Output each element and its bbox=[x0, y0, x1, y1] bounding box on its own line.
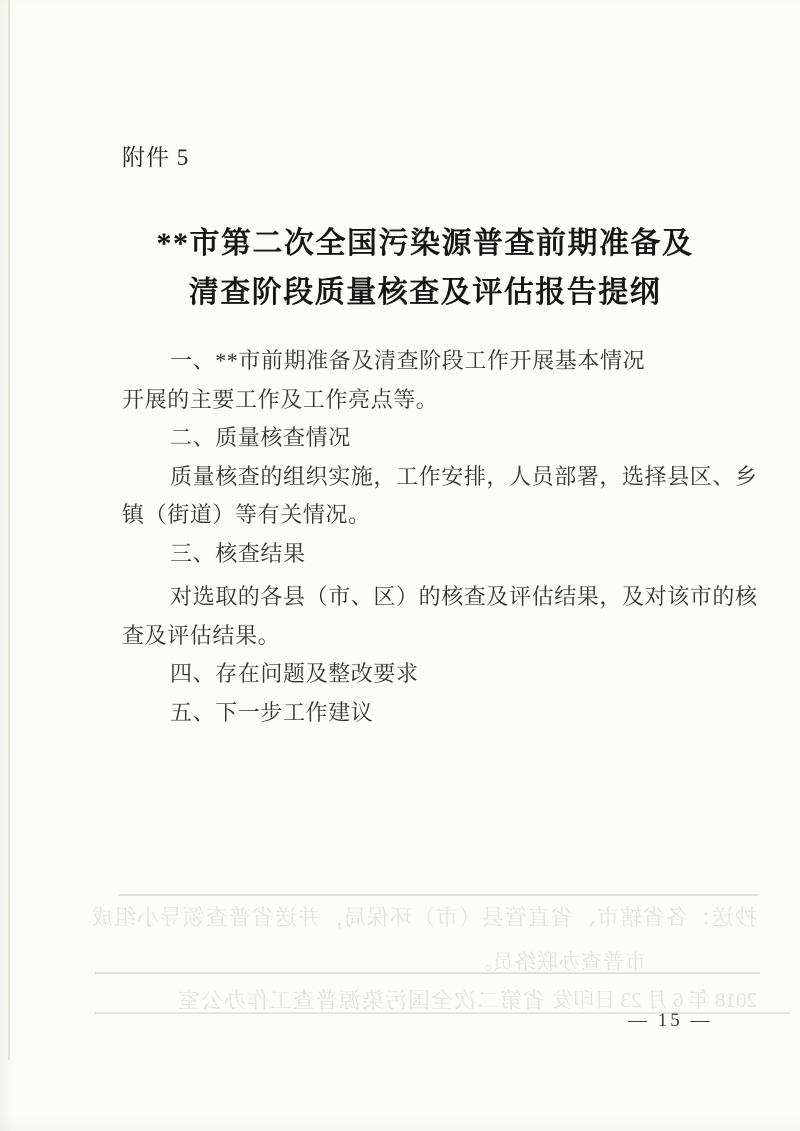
body-line: 四、存在问题及整改要求 bbox=[122, 655, 767, 694]
document-title: **市第二次全国污染源普查前期准备及 清查阶段质量核查及评估报告提纲 bbox=[100, 219, 750, 317]
body-line: 五、下一步工作建议 bbox=[122, 694, 767, 733]
scan-edge-artifact bbox=[8, 0, 10, 1060]
attachment-label: 附件 5 bbox=[122, 139, 189, 172]
bleedthrough-text-line-1: 抄送：各省辖市、省直管县（市）环保局，并送省普查领导小组成员 bbox=[93, 901, 757, 932]
body-line: 对选取的各县（市、区）的核查及评估结果，及对该市的核 bbox=[122, 578, 767, 617]
bleedthrough-rule-middle bbox=[95, 972, 760, 974]
document-title-line-1: **市第二次全国污染源普查前期准备及 bbox=[100, 219, 750, 268]
bleedthrough-text-issuer: 省第二次全国污染源普查工作办公室 bbox=[93, 984, 545, 1015]
body-line: 一、**市前期准备及清查阶段工作开展基本情况 bbox=[122, 342, 767, 381]
body-line: 二、质量核查情况 bbox=[122, 419, 767, 458]
page-number: — 15 — bbox=[628, 1010, 713, 1032]
body-line: 三、核查结果 bbox=[122, 535, 767, 574]
body-line: 查及评估结果。 bbox=[122, 617, 767, 656]
scanned-document-page: 附件 5 **市第二次全国污染源普查前期准备及 清查阶段质量核查及评估报告提纲 … bbox=[0, 0, 800, 1131]
body-line: 开展的主要工作及工作亮点等。 bbox=[122, 381, 767, 420]
body-line: 镇（街道）等有关情况。 bbox=[122, 496, 767, 535]
document-body: 一、**市前期准备及清查阶段工作开展基本情况 开展的主要工作及工作亮点等。 二、… bbox=[122, 342, 767, 732]
body-line: 质量核查的组织实施，工作安排，人员部署，选择县区、乡 bbox=[122, 458, 767, 497]
document-title-line-2: 清查阶段质量核查及评估报告提纲 bbox=[100, 268, 750, 317]
bleedthrough-rule-top bbox=[118, 894, 758, 896]
